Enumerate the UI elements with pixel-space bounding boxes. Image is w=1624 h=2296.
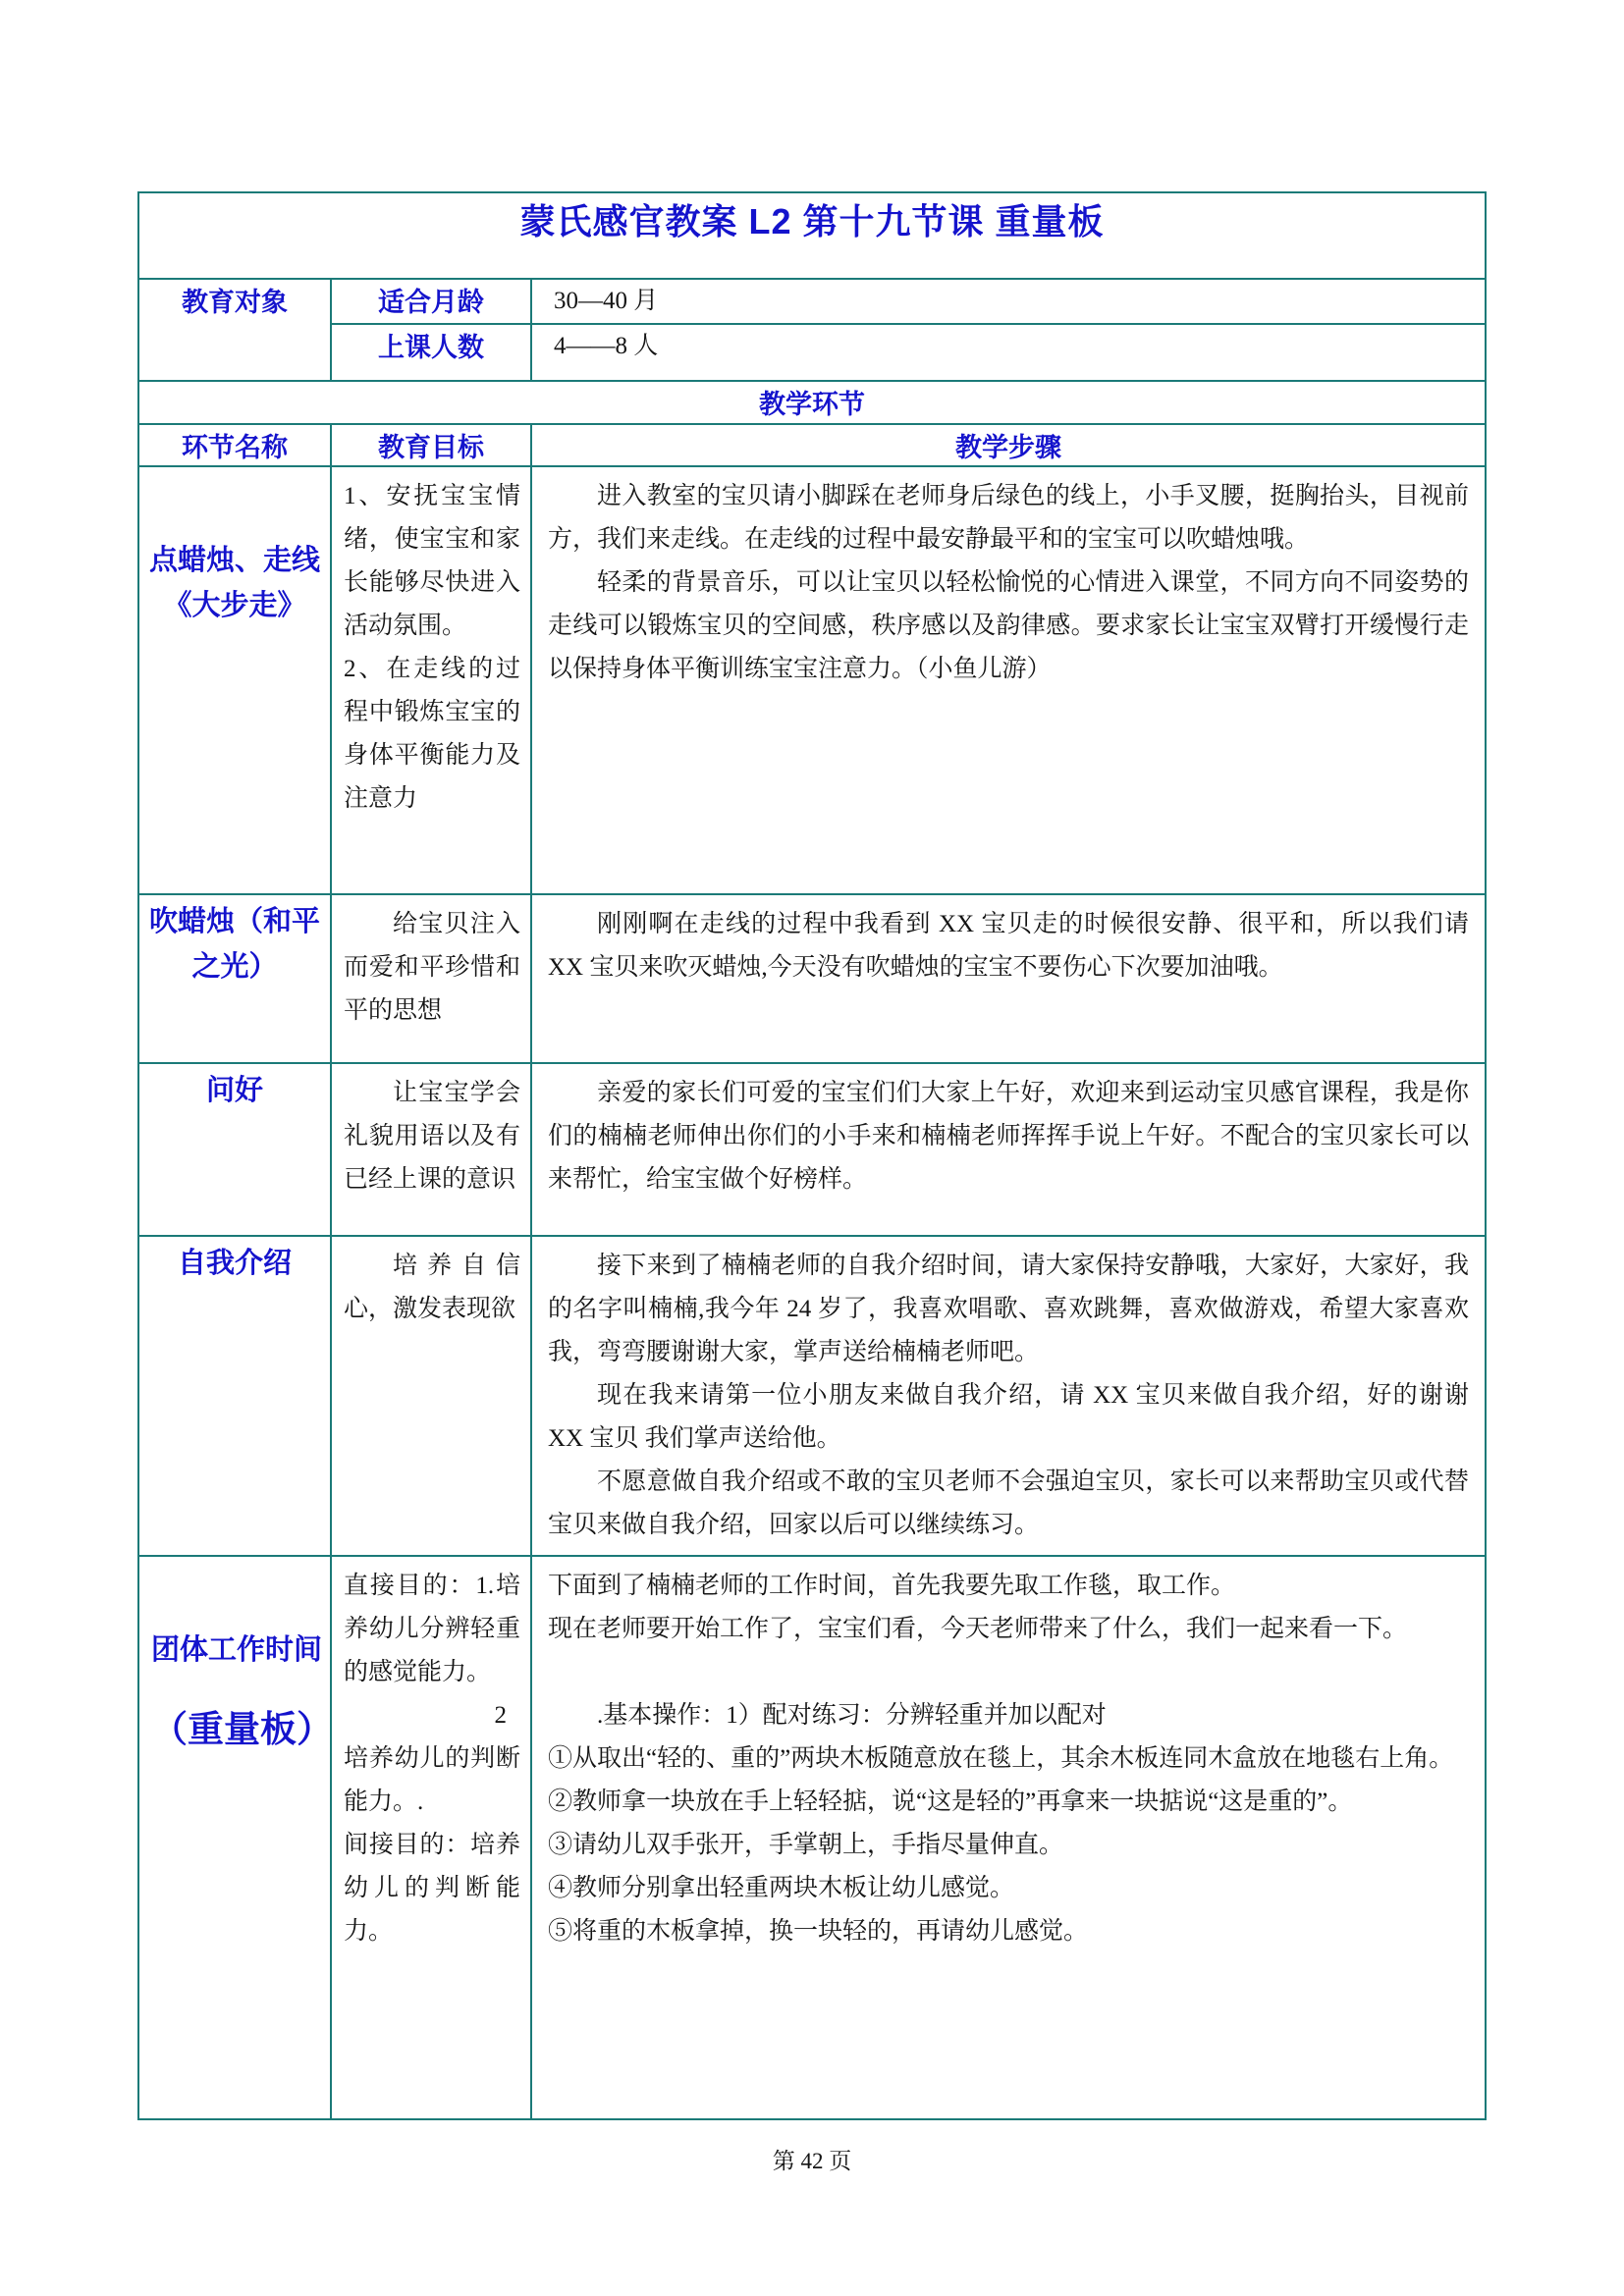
- steps-cell: 亲爱的家长们可爱的宝宝们们大家上午好，欢迎来到运动宝贝感官课程，我是你们的楠楠老…: [531, 1063, 1486, 1236]
- paragraph: 不愿意做自我介绍或不敢的宝贝老师不会强迫宝贝，家长可以来帮助宝贝或代替宝贝来做自…: [548, 1461, 1469, 1547]
- paragraph: 轻柔的背景音乐，可以让宝贝以轻松愉悦的心情进入课堂，不同方向不同姿势的走线可以锻…: [548, 561, 1469, 691]
- paragraph: 亲爱的家长们可爱的宝宝们们大家上午好，欢迎来到运动宝贝感官课程，我是你们的楠楠老…: [548, 1072, 1469, 1201]
- objective-cell: 直接目的：1.培养幼儿分辨轻重的感觉能力。2培养幼儿的判断能力。.间接目的：培养…: [331, 1556, 531, 2119]
- paragraph: 培养自信心，激发表现欲: [344, 1245, 520, 1331]
- objective-cell: 培养自信心，激发表现欲: [331, 1236, 531, 1556]
- paragraph: 让宝宝学会礼貌用语以及有已经上课的意识: [344, 1072, 520, 1201]
- objective-cell: 给宝贝注入而爱和平珍惜和平的思想: [331, 894, 531, 1063]
- paragraph: ③请幼儿双手张开，手掌朝上，手指尽量伸直。: [548, 1824, 1469, 1867]
- stage-name-cell: 自我介绍: [138, 1236, 331, 1556]
- page-number: 第 42 页: [0, 2143, 1624, 2175]
- steps-cell: 接下来到了楠楠老师的自我介绍时间，请大家保持安静哦，大家好，大家好，我的名字叫楠…: [531, 1236, 1486, 1556]
- info-row: 上课人数 4——8 人: [138, 324, 1486, 381]
- class-size-label: 上课人数: [331, 324, 531, 381]
- column-header-steps: 教学步骤: [531, 424, 1486, 466]
- steps-cell: 刚刚啊在走线的过程中我看到 XX 宝贝走的时候很安静、很平和，所以我们请 XX …: [531, 894, 1486, 1063]
- paragraph: 间接目的：培养幼儿的判断能力。: [344, 1824, 520, 1953]
- paragraph: .基本操作：1）配对练习：分辨轻重并加以配对: [548, 1694, 1469, 1737]
- objective-cell: 让宝宝学会礼貌用语以及有已经上课的意识: [331, 1063, 531, 1236]
- table-row: 自我介绍培养自信心，激发表现欲接下来到了楠楠老师的自我介绍时间，请大家保持安静哦…: [138, 1236, 1486, 1556]
- paragraph: 现在老师要开始工作了，宝宝们看，今天老师带来了什么，我们一起来看一下。: [548, 1608, 1469, 1651]
- stage-name-cell: 团体工作时间（重量板）: [138, 1556, 331, 2119]
- column-header-objective: 教育目标: [331, 424, 531, 466]
- stage-name: 问好: [145, 1068, 324, 1113]
- stage-name: （重量板）: [151, 1702, 324, 1757]
- section-header-row: 教学环节: [138, 381, 1486, 424]
- paragraph: [548, 1651, 1469, 1694]
- paragraph: 2: [344, 1694, 520, 1737]
- age-range-value: 30—40 月: [531, 279, 1486, 324]
- steps-cell: 下面到了楠楠老师的工作时间，首先我要先取工作毯，取工作。现在老师要开始工作了，宝…: [531, 1556, 1486, 2119]
- paragraph: 培养幼儿的判断能力。.: [344, 1737, 520, 1824]
- paragraph: ④教师分别拿出轻重两块木板让幼儿感觉。: [548, 1867, 1469, 1910]
- paragraph: 下面到了楠楠老师的工作时间，首先我要先取工作毯，取工作。: [548, 1565, 1469, 1608]
- info-row: 教育对象 适合月龄 30—40 月: [138, 279, 1486, 324]
- stage-name-cell: 点蜡烛、走线《大步走》: [138, 466, 331, 894]
- stage-name: 自我介绍: [145, 1241, 324, 1286]
- class-size-value: 4——8 人: [531, 324, 1486, 381]
- column-header-stage-name: 环节名称: [138, 424, 331, 466]
- education-target-label: 教育对象: [138, 279, 331, 381]
- table-row: 吹蜡烛（和平之光）给宝贝注入而爱和平珍惜和平的思想刚刚啊在走线的过程中我看到 X…: [138, 894, 1486, 1063]
- stage-name-cell: 吹蜡烛（和平之光）: [138, 894, 331, 1063]
- stage-name: 吹蜡烛（和平之光）: [145, 899, 324, 989]
- age-range-label: 适合月龄: [331, 279, 531, 324]
- paragraph: 进入教室的宝贝请小脚踩在老师身后绿色的线上，小手叉腰，挺胸抬头，目视前方，我们来…: [548, 475, 1469, 561]
- paragraph: 1、安抚宝宝情绪，使宝宝和家长能够尽快进入活动氛围。: [344, 475, 520, 648]
- table-row: 点蜡烛、走线《大步走》1、安抚宝宝情绪，使宝宝和家长能够尽快进入活动氛围。2、在…: [138, 466, 1486, 894]
- teaching-section-header: 教学环节: [138, 381, 1486, 424]
- steps-cell: 进入教室的宝贝请小脚踩在老师身后绿色的线上，小手叉腰，挺胸抬头，目视前方，我们来…: [531, 466, 1486, 894]
- table-row: 问好让宝宝学会礼貌用语以及有已经上课的意识亲爱的家长们可爱的宝宝们们大家上午好，…: [138, 1063, 1486, 1236]
- stage-name: 《大步走》: [145, 583, 324, 628]
- paragraph: 刚刚啊在走线的过程中我看到 XX 宝贝走的时候很安静、很平和，所以我们请 XX …: [548, 903, 1469, 989]
- lesson-plan-table: 蒙氏感官教案 L2 第十九节课 重量板 教育对象 适合月龄 30—40 月 上课…: [137, 191, 1487, 2120]
- paragraph: 2、在走线的过程中锻炼宝宝的身体平衡能力及注意力: [344, 648, 520, 821]
- paragraph: 给宝贝注入而爱和平珍惜和平的思想: [344, 903, 520, 1033]
- paragraph: 直接目的：1.培养幼儿分辨轻重的感觉能力。: [344, 1565, 520, 1694]
- document-title: 蒙氏感官教案 L2 第十九节课 重量板: [138, 192, 1486, 279]
- paragraph: 接下来到了楠楠老师的自我介绍时间，请大家保持安静哦，大家好，大家好，我的名字叫楠…: [548, 1245, 1469, 1374]
- column-header-row: 环节名称 教育目标 教学步骤: [138, 424, 1486, 466]
- content-rows: 点蜡烛、走线《大步走》1、安抚宝宝情绪，使宝宝和家长能够尽快进入活动氛围。2、在…: [138, 466, 1486, 2119]
- title-row: 蒙氏感官教案 L2 第十九节课 重量板: [138, 192, 1486, 279]
- paragraph: ①从取出“轻的、重的”两块木板随意放在毯上，其余木板连同木盒放在地毯右上角。: [548, 1737, 1469, 1781]
- stage-name-cell: 问好: [138, 1063, 331, 1236]
- stage-name: [151, 1673, 324, 1702]
- paragraph: 现在我来请第一位小朋友来做自我介绍，请 XX 宝贝来做自我介绍，好的谢谢 XX …: [548, 1374, 1469, 1461]
- paragraph: ⑤将重的木板拿掉，换一块轻的，再请幼儿感觉。: [548, 1910, 1469, 1953]
- table-row: 团体工作时间（重量板）直接目的：1.培养幼儿分辨轻重的感觉能力。2培养幼儿的判断…: [138, 1556, 1486, 2119]
- paragraph: ②教师拿一块放在手上轻轻掂，说“这是轻的”再拿来一块掂说“这是重的”。: [548, 1781, 1469, 1824]
- stage-name: 点蜡烛、走线: [145, 538, 324, 583]
- objective-cell: 1、安抚宝宝情绪，使宝宝和家长能够尽快进入活动氛围。2、在走线的过程中锻炼宝宝的…: [331, 466, 531, 894]
- stage-name: 团体工作时间: [151, 1628, 324, 1673]
- document-page: 蒙氏感官教案 L2 第十九节课 重量板 教育对象 适合月龄 30—40 月 上课…: [0, 0, 1624, 2296]
